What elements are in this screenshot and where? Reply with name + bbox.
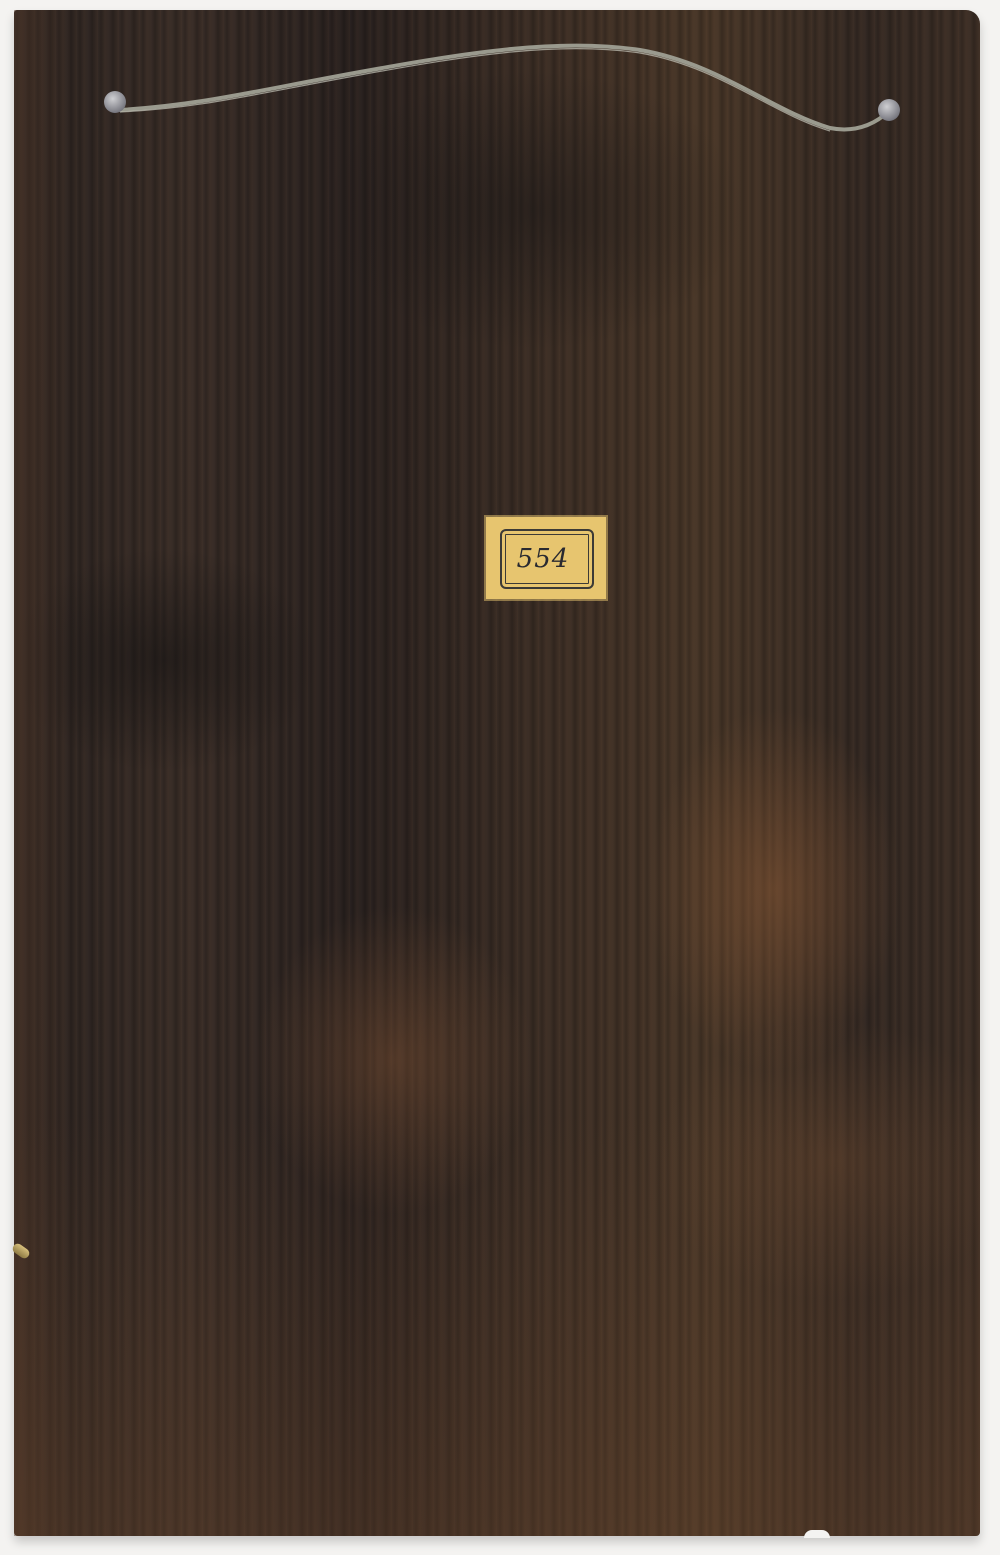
label-number: 554	[517, 544, 570, 574]
hanging-string	[0, 0, 1000, 200]
label-frame: 554	[500, 529, 594, 589]
wooden-panel-back	[14, 10, 980, 1536]
panel-bottom-notch	[804, 1530, 830, 1538]
left-nail-icon	[104, 91, 126, 113]
right-nail-icon	[878, 99, 900, 121]
panel-wood-tint	[14, 1116, 980, 1536]
inventory-label: 554	[486, 517, 606, 599]
